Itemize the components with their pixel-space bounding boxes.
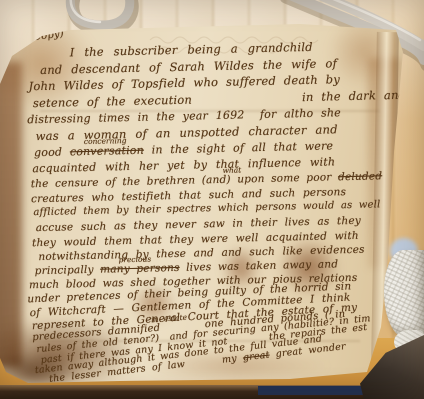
manuscript-paper: Copy)I the subscriber being a grandchild…: [0, 22, 406, 384]
manuscript-text: Copy)I the subscriber being a grandchild…: [0, 14, 413, 385]
manuscript-photo: Copy)I the subscriber being a grandchild…: [0, 0, 424, 399]
line-text: principally: [35, 264, 101, 277]
struck-word: deluded: [338, 170, 382, 183]
inserted-word: precious: [118, 255, 151, 265]
line-text: in the sight of all that were: [144, 139, 334, 156]
line-text: I the subscriber being a grandchild: [70, 40, 313, 60]
line-text: lives was taken away and: [180, 258, 339, 274]
inserted-word: what: [222, 165, 241, 174]
knit-fabric: [384, 250, 424, 338]
struck-word: conversation: [70, 144, 144, 159]
struck-word: many persons: [100, 262, 180, 276]
line-text: good: [34, 145, 70, 159]
inserted-word: concerning: [84, 136, 127, 146]
manuscript-line: I the subscriber being a grandchild: [70, 40, 313, 60]
struck-word: great: [242, 350, 270, 364]
